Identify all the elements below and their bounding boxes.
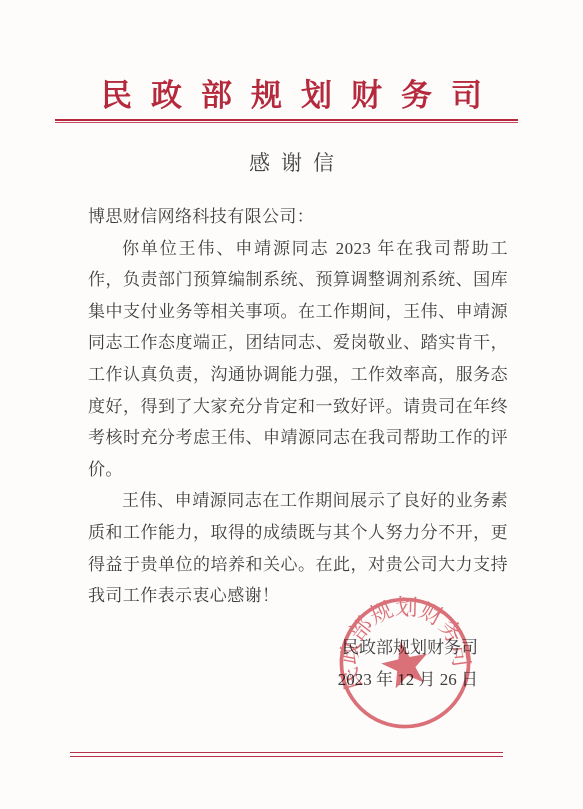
letter-page: 民政部规划财务司 感谢信 博思财信网络科技有限公司： 你单位王伟、申靖源同志 2… [0, 0, 583, 809]
salutation: 博思财信网络科技有限公司： [88, 201, 508, 233]
body-paragraph-1: 你单位王伟、申靖源同志 2023 年在我司帮助工作，负责部门预算编制系统、预算调… [88, 233, 508, 486]
document-title: 感谢信 [0, 147, 583, 177]
footer-rule [70, 752, 503, 757]
letter-body: 博思财信网络科技有限公司： 你单位王伟、申靖源同志 2023 年在我司帮助工作，… [88, 201, 508, 612]
body-paragraph-2: 王伟、申靖源同志在工作期间展示了良好的业务素质和工作能力，取得的成绩既与其个人努… [88, 485, 508, 611]
signature-block: 民政部规划财务司 2023 年 12 月 26 日 [338, 632, 478, 696]
signature-date: 2023 年 12 月 26 日 [338, 664, 478, 696]
signature-org: 民政部规划财务司 [338, 632, 478, 664]
letterhead-title: 民政部规划财务司 [0, 70, 583, 115]
letterhead-rule [55, 119, 518, 123]
